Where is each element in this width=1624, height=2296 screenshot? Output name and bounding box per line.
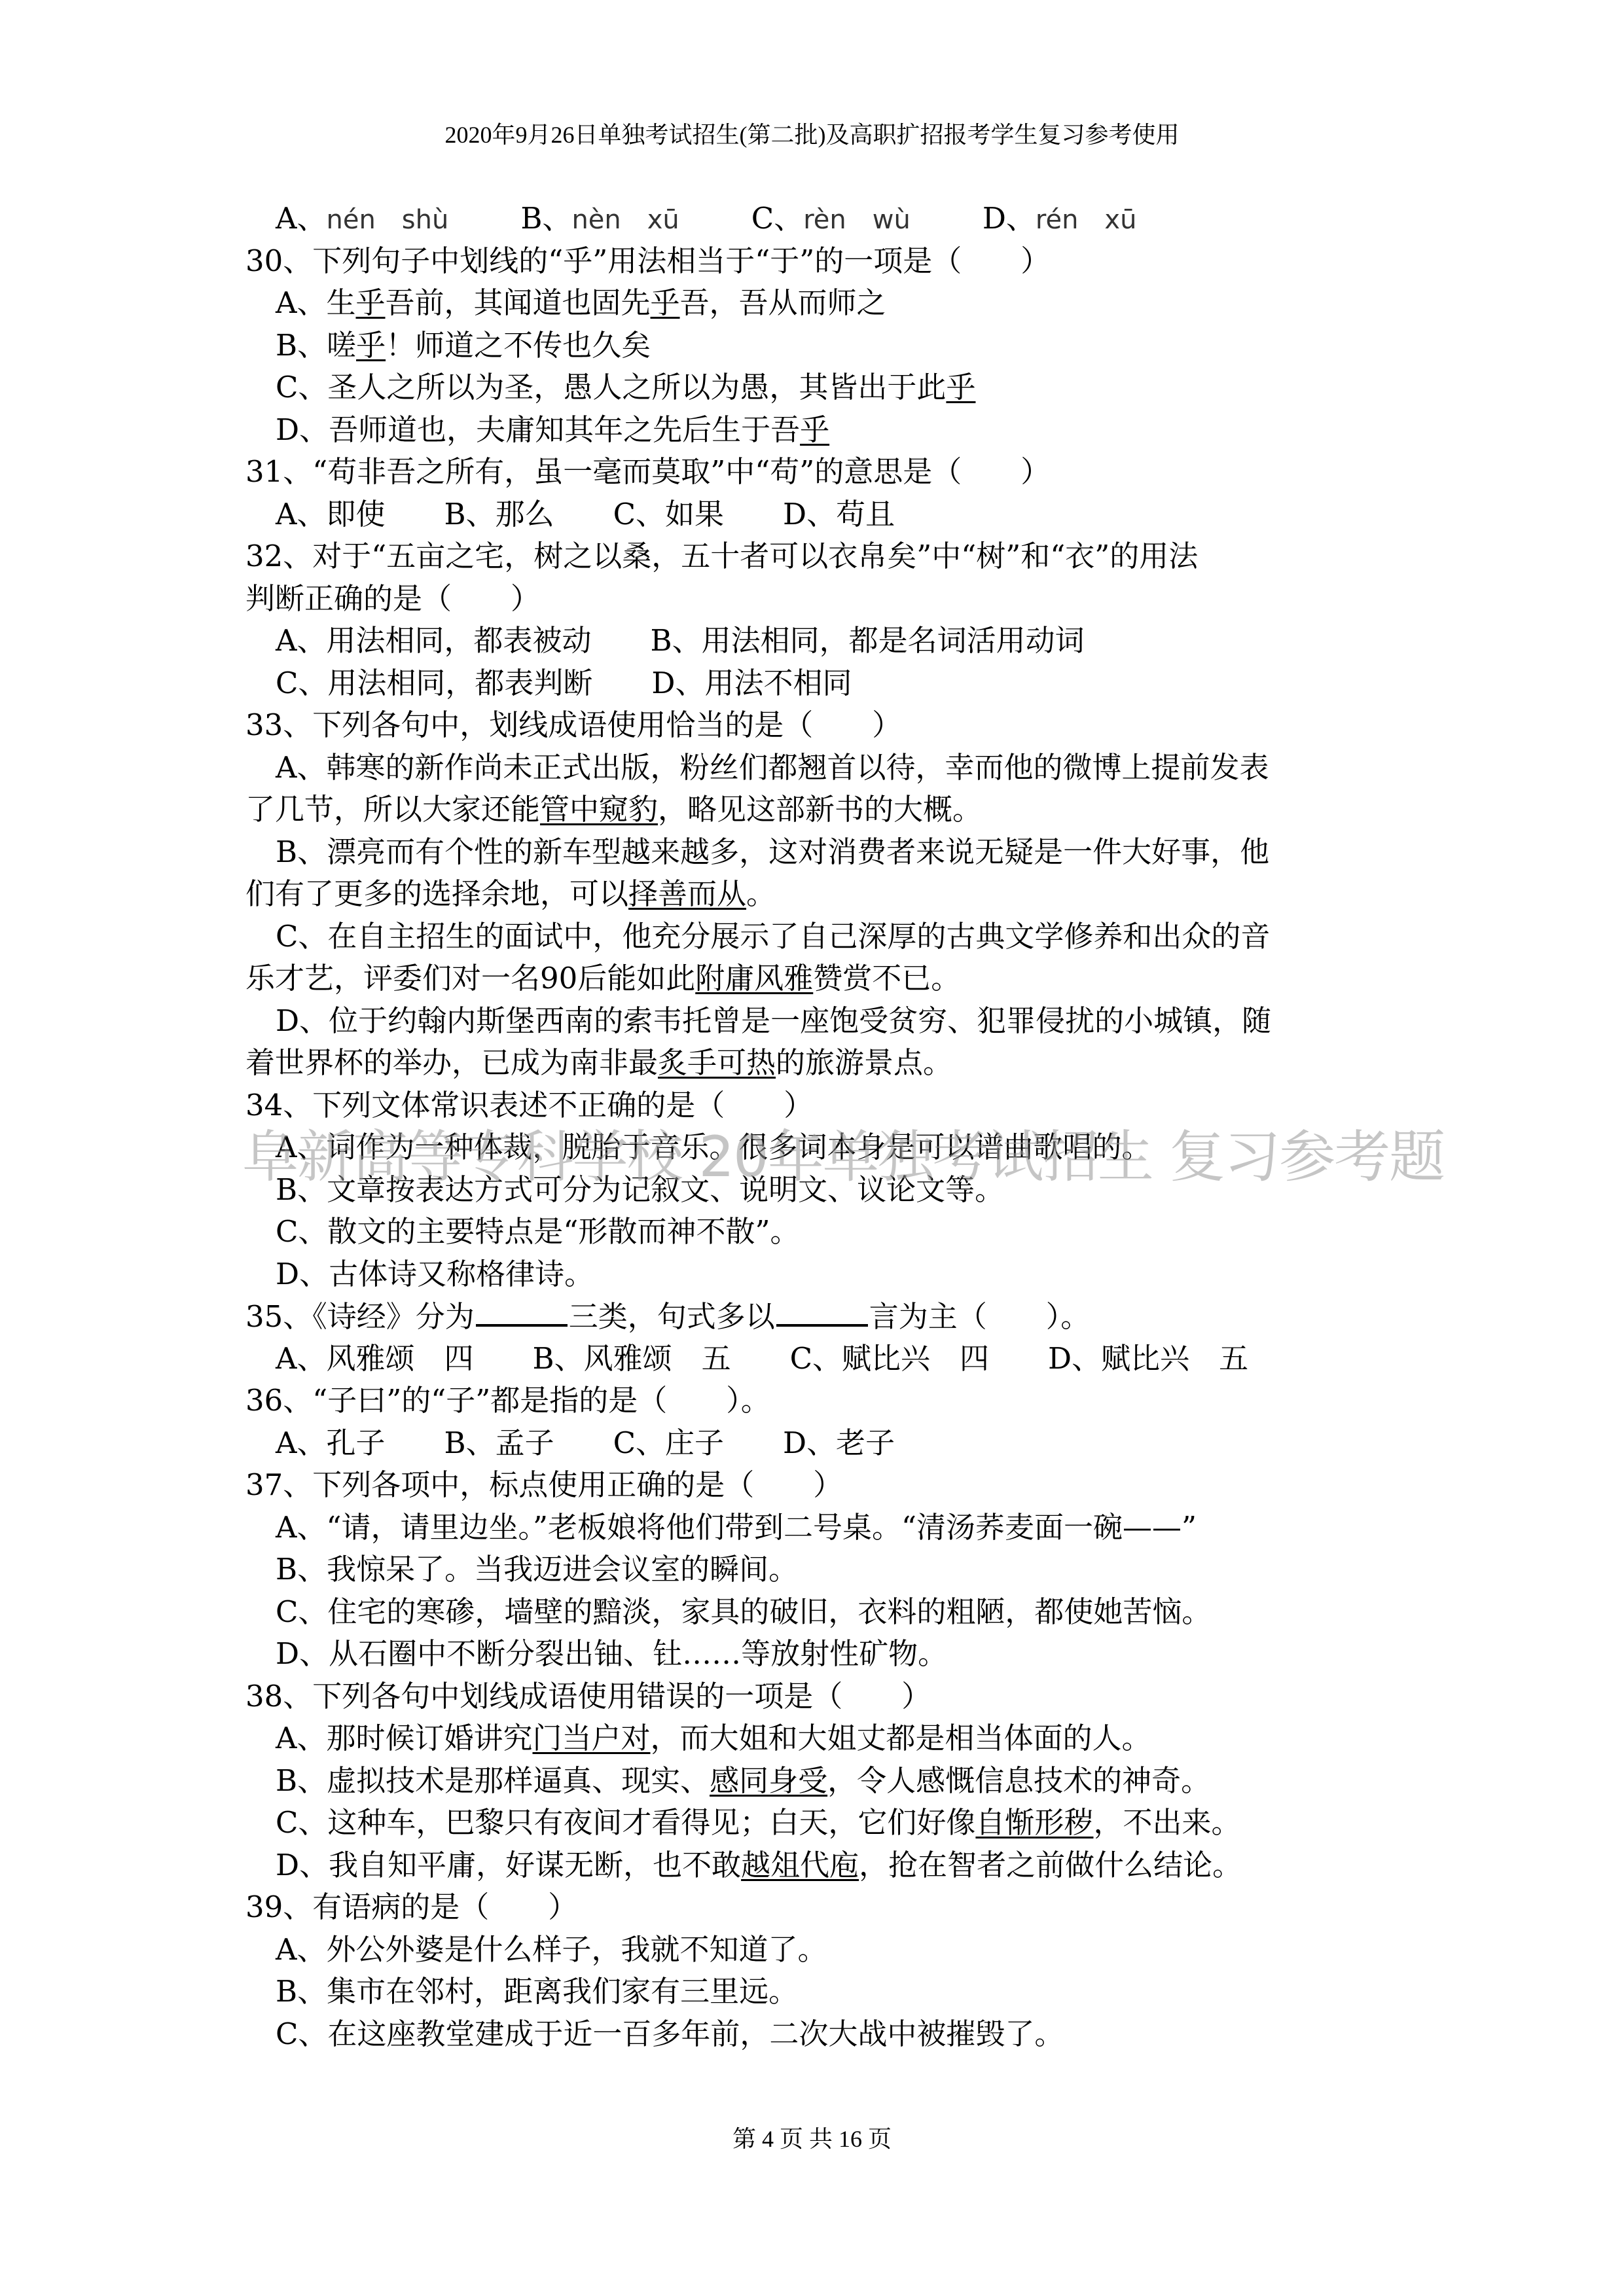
option-d-pinyin: rén xū <box>1036 205 1137 235</box>
question-34-option-d: D、古体诗又称格律诗。 <box>245 1253 1398 1296</box>
underlined-word: 乎 <box>946 370 975 404</box>
text: 35、《诗经》分为 <box>245 1299 475 1334</box>
option-d-label: D、 <box>983 201 1036 236</box>
question-39-option-c: C、在这座教堂建成于近一百多年前，二次大战中被摧毁了。 <box>245 2013 1398 2056</box>
question-31-options: A、即使 B、那么 C、如果 D、苟且 <box>245 493 1398 536</box>
text: 了几节，所以大家还能 <box>245 792 540 827</box>
text: 赞赏不已。 <box>813 961 960 996</box>
text: D、吾师道也，夫庸知其年之先后生于吾 <box>276 412 800 447</box>
question-30-stem: 30、下列句子中划线的“乎”用法相当于“于”的一项是（ ） <box>245 240 1398 283</box>
text: ，略见这部新书的大概。 <box>658 792 982 827</box>
q29-options: A、nén shùB、nèn xūC、rèn wùD、rén xū <box>245 198 1398 240</box>
underlined-idiom: 自惭形秽 <box>975 1805 1093 1840</box>
underlined-idiom: 越俎代庖 <box>741 1848 859 1882</box>
question-37-option-d: D、从石圈中不断分裂出铀、钍……等放射性矿物。 <box>245 1633 1398 1676</box>
text: 吾，吾从而师之 <box>680 285 886 320</box>
text: ！师道之不传也久矣 <box>386 328 651 363</box>
question-38-option-b: B、虚拟技术是那样逼真、现实、感同身受，令人感慨信息技术的神奇。 <box>245 1760 1398 1803</box>
underlined-idiom: 附庸风雅 <box>695 961 813 996</box>
page-number: 第 4 页 共 16 页 <box>0 2121 1624 2154</box>
question-34-stem: 34、下列文体常识表述不正确的是（ ） <box>245 1085 1398 1127</box>
underlined-idiom: 管中窥豹 <box>540 792 658 827</box>
exam-content: A、nén shùB、nèn xūC、rèn wùD、rén xū 30、下列句… <box>245 198 1398 2055</box>
text: 。 <box>746 876 776 911</box>
question-30-option-d: D、吾师道也，夫庸知其年之先后生于吾乎 <box>245 409 1398 452</box>
question-35-stem: 35、《诗经》分为三类，句式多以言为主（ ）。 <box>245 1295 1398 1338</box>
text: 三类，句式多以 <box>569 1299 775 1334</box>
question-34-option-a: A、词作为一种体裁，脱胎于音乐。很多词本身是可以谱曲歌唱的。 <box>245 1126 1398 1169</box>
question-37-option-a: A、“请，请里边坐。”老板娘将他们带到二号桌。“清汤荞麦面一碗——” <box>245 1507 1398 1549</box>
question-33-option-a-line1: A、韩寒的新作尚未正式出版，粉丝们都翘首以待，幸而他的微博上提前发表 <box>245 747 1398 789</box>
question-33-option-d-line2: 着世界杯的举办，已成为南非最炙手可热的旅游景点。 <box>245 1042 1398 1085</box>
question-33-stem: 33、下列各句中，划线成语使用恰当的是（ ） <box>245 704 1398 747</box>
text: D、我自知平庸，好谋无断，也不敢 <box>276 1848 741 1882</box>
question-33-option-b-line1: B、漂亮而有个性的新车型越来越多，这对消费者来说无疑是一件大好事，他 <box>245 831 1398 874</box>
underlined-word: 乎 <box>356 328 386 363</box>
text: ，令人感慨信息技术的神奇。 <box>827 1763 1210 1798</box>
question-35-options: A、风雅颂 四 B、风雅颂 五 C、赋比兴 四 D、赋比兴 五 <box>245 1338 1398 1380</box>
text: 吾前，其闻道也固先 <box>386 285 651 320</box>
option-a-label: A、 <box>276 201 327 236</box>
question-33-option-c-line2: 乐才艺，评委们对一名90后能如此附庸风雅赞赏不已。 <box>245 958 1398 1000</box>
underlined-idiom: 门当户对 <box>533 1721 651 1755</box>
question-33-option-d-line1: D、位于约翰内斯堡西南的索韦托曾是一座饱受贫穷、犯罪侵扰的小城镇，随 <box>245 1000 1398 1043</box>
question-38-option-c: C、这种车，巴黎只有夜间才看得见；白天，它们好像自惭形秽，不出来。 <box>245 1802 1398 1844</box>
text: ，而大姐和大姐丈都是相当体面的人。 <box>651 1721 1151 1755</box>
text: 乐才艺，评委们对一名90后能如此 <box>245 961 695 996</box>
question-38-option-a: A、那时候订婚讲究门当户对，而大姐和大姐丈都是相当体面的人。 <box>245 1717 1398 1760</box>
text: A、那时候订婚讲究 <box>276 1721 533 1755</box>
underlined-idiom: 择善而从 <box>628 876 746 911</box>
text: 着世界杯的举办，已成为南非最 <box>245 1045 658 1080</box>
question-37-stem: 37、下列各项中，标点使用正确的是（ ） <box>245 1464 1398 1507</box>
question-39-option-b: B、集市在邻村，距离我们家有三里远。 <box>245 1971 1398 2013</box>
question-34-option-b: B、文章按表达方式可分为记叙文、说明文、议论文等。 <box>245 1169 1398 1211</box>
question-33-option-a-line2: 了几节，所以大家还能管中窥豹，略见这部新书的大概。 <box>245 789 1398 831</box>
question-38-option-d: D、我自知平庸，好谋无断，也不敢越俎代庖，抢在智者之前做什么结论。 <box>245 1844 1398 1887</box>
underlined-word: 乎 <box>800 412 829 447</box>
text: A、生 <box>276 285 356 320</box>
text: 的旅游景点。 <box>776 1045 952 1080</box>
page-header: 2020年9月26日单独考试招生(第二批)及高职扩招报考学生复习参考使用 <box>0 117 1624 150</box>
question-36-options: A、孔子 B、孟子 C、庄子 D、老子 <box>245 1422 1398 1465</box>
question-31-stem: 31、“苟非吾之所有，虽一毫而莫取”中“苟”的意思是（ ） <box>245 451 1398 493</box>
option-b-pinyin: nèn xū <box>571 205 679 235</box>
fill-blank <box>476 1295 568 1327</box>
question-37-option-b: B、我惊呆了。当我迈进会议室的瞬间。 <box>245 1549 1398 1591</box>
question-38-stem: 38、下列各句中划线成语使用错误的一项是（ ） <box>245 1676 1398 1718</box>
question-33-option-c-line1: C、在自主招生的面试中，他充分展示了自己深厚的古典文学修养和出众的音 <box>245 916 1398 958</box>
text: C、圣人之所以为圣，愚人之所以为愚，其皆出于此 <box>276 370 946 404</box>
underlined-idiom: 感同身受 <box>710 1763 827 1798</box>
question-32-options-cd: C、用法相同，都表判断 D、用法不相同 <box>245 662 1398 705</box>
question-39-stem: 39、有语病的是（ ） <box>245 1886 1398 1929</box>
question-32-options-ab: A、用法相同，都表被动 B、用法相同，都是名词活用动词 <box>245 620 1398 662</box>
underlined-word: 乎 <box>651 285 680 320</box>
question-32-stem-line2: 判断正确的是（ ） <box>245 578 1398 620</box>
underlined-idiom: 炙手可热 <box>658 1045 776 1080</box>
question-30-option-b: B、嗟乎！师道之不传也久矣 <box>245 325 1398 367</box>
question-36-stem: 36、“子曰”的“子”都是指的是（ ）。 <box>245 1380 1398 1422</box>
text: ，不出来。 <box>1093 1805 1240 1840</box>
text: 言为主（ ）。 <box>869 1299 1091 1334</box>
text: ，抢在智者之前做什么结论。 <box>859 1848 1242 1882</box>
question-32-stem-line1: 32、对于“五亩之宅，树之以桑，五十者可以衣帛矣”中“树”和“衣”的用法 <box>245 535 1398 578</box>
option-c-pinyin: rèn wù <box>803 205 911 235</box>
option-a-pinyin: nén shù <box>327 205 449 235</box>
question-39-option-a: A、外公外婆是什么样子，我就不知道了。 <box>245 1929 1398 1971</box>
question-34-option-c: C、散文的主要特点是“形散而神不散”。 <box>245 1211 1398 1253</box>
text: 们有了更多的选择余地，可以 <box>245 876 628 911</box>
question-33-option-b-line2: 们有了更多的选择余地，可以择善而从。 <box>245 873 1398 916</box>
option-b-label: B、 <box>520 201 571 236</box>
text: B、嗟 <box>276 328 356 363</box>
question-30-option-a: A、生乎吾前，其闻道也固先乎吾，吾从而师之 <box>245 282 1398 325</box>
text: B、虚拟技术是那样逼真、现实、 <box>276 1763 710 1798</box>
option-c-label: C、 <box>751 201 803 236</box>
text: C、这种车，巴黎只有夜间才看得见；白天，它们好像 <box>276 1805 975 1840</box>
question-30-option-c: C、圣人之所以为圣，愚人之所以为愚，其皆出于此乎 <box>245 367 1398 409</box>
underlined-word: 乎 <box>356 285 386 320</box>
fill-blank <box>776 1295 868 1327</box>
question-37-option-c: C、住宅的寒碜，墙壁的黯淡，家具的破旧，衣料的粗陋，都使她苦恼。 <box>245 1591 1398 1634</box>
